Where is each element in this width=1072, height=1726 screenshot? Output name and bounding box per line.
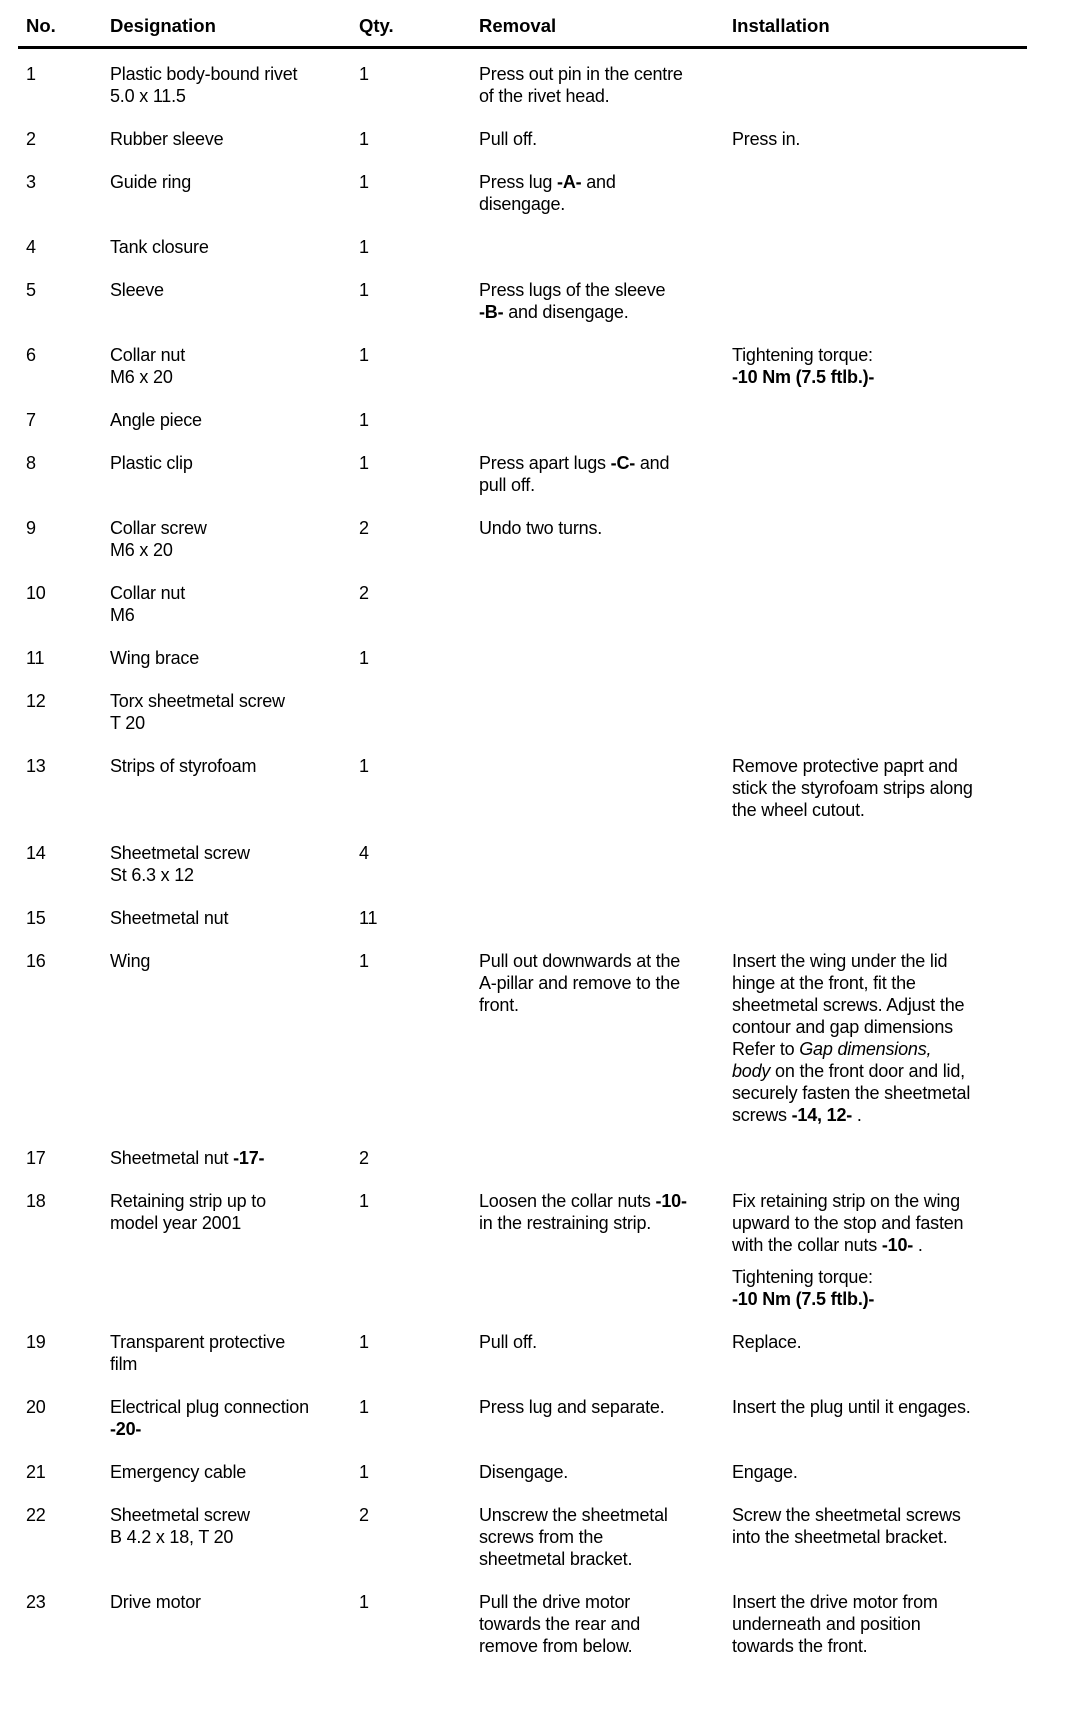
paragraph: Insert the plug until it engages. [732,1396,1027,1418]
text: Pull out downwards at the [479,951,680,971]
cell-installation: Insert the plug until it engages. [732,1396,1027,1418]
text: Guide ring [110,172,191,192]
cell-no: 11 [26,647,96,669]
cell-no: 6 [26,344,96,366]
cell-no: 17 [26,1147,96,1169]
cell-removal: Disengage. [479,1461,729,1483]
cell-removal: Loosen the collar nuts -10-in the restra… [479,1190,729,1234]
paragraph: Unscrew the sheetmetalscrews from theshe… [479,1504,729,1570]
bold-text: -A- [557,172,581,192]
cell-designation: Sheetmetal nut [110,907,350,929]
text: Plastic clip [110,453,193,473]
cell-qty: 1 [359,755,459,777]
text: securely fasten the sheetmetal [732,1083,970,1103]
paragraph: Pull off. [479,128,729,150]
text: screws from the [479,1527,603,1547]
text: pull off. [479,475,535,495]
text: M6 [110,605,135,625]
text-line: Torx sheetmetal screw [110,690,350,712]
cell-qty: 1 [359,409,459,431]
text-line: Insert the wing under the lid [732,950,1027,972]
cell-qty: 1 [359,950,459,972]
cell-designation: Electrical plug connection-20- [110,1396,350,1440]
text: Press lug and separate. [479,1397,665,1417]
text-line: screws from the [479,1526,729,1548]
bold-text: -B- [479,302,503,322]
table-row: 19 Transparent protectivefilm 1 Pull off… [18,1331,1027,1396]
cell-qty: 2 [359,1147,459,1169]
text: Press apart lugs [479,453,611,473]
text-line: Retaining strip up to [110,1190,350,1212]
text-line: towards the front. [732,1635,1027,1657]
text-line: Sleeve [110,279,350,301]
bold-text: -10- [656,1191,687,1211]
cell-designation: Plastic clip [110,452,350,474]
cell-installation: Press in. [732,128,1027,150]
cell-designation: Sheetmetal screwSt 6.3 x 12 [110,842,350,886]
text-line: of the rivet head. [479,85,729,107]
paragraph: Press lugs of the sleeve-B- and disengag… [479,279,729,323]
paragraph: Remove protective paprt andstick the sty… [732,755,1027,821]
table-row: 14 Sheetmetal screwSt 6.3 x 12 4 [18,842,1027,907]
text: disengage. [479,194,565,214]
paragraph: Pull out downwards at theA-pillar and re… [479,950,729,1016]
cell-qty: 2 [359,1504,459,1526]
paragraph: Loosen the collar nuts -10-in the restra… [479,1190,729,1234]
text-line: Collar nut [110,344,350,366]
cell-no: 15 [26,907,96,929]
cell-designation: Sheetmetal nut -17- [110,1147,350,1169]
table-row: 17 Sheetmetal nut -17- 2 [18,1147,1027,1190]
table-row: 2 Rubber sleeve 1 Pull off. Press in. [18,128,1027,171]
table-row: 13 Strips of styrofoam 1 Remove protecti… [18,755,1027,842]
text-line: Plastic body-bound rivet [110,63,350,85]
text-line: with the collar nuts -10- . [732,1234,1027,1256]
cell-installation: Insert the wing under the lidhinge at th… [732,950,1027,1126]
text: Disengage. [479,1462,568,1482]
cell-no: 21 [26,1461,96,1483]
header-installation: Installation [732,15,830,37]
text-line: Press out pin in the centre [479,63,729,85]
text: Sheetmetal screw [110,1505,250,1525]
text-line: stick the styrofoam strips along [732,777,1027,799]
paragraph: Insert the wing under the lidhinge at th… [732,950,1027,1126]
cell-designation: Collar screwM6 x 20 [110,517,350,561]
text-line: St 6.3 x 12 [110,864,350,886]
text-line: -10 Nm (7.5 ftlb.)- [732,1288,1027,1310]
cell-no: 4 [26,236,96,258]
text: Undo two turns. [479,518,602,538]
text: stick the styrofoam strips along [732,778,973,798]
table-row: 16 Wing 1 Pull out downwards at theA-pil… [18,950,1027,1147]
text: and [581,172,615,192]
text: underneath and position [732,1614,921,1634]
header-designation: Designation [110,15,216,37]
text-line: sheetmetal bracket. [479,1548,729,1570]
cell-qty: 1 [359,1190,459,1212]
text: Unscrew the sheetmetal [479,1505,668,1525]
text: film [110,1354,137,1374]
text-line: Insert the drive motor from [732,1591,1027,1613]
text: Fix retaining strip on the wing [732,1191,960,1211]
cell-no: 9 [26,517,96,539]
cell-qty: 2 [359,582,459,604]
text-line: Sheetmetal screw [110,842,350,864]
cell-removal: Unscrew the sheetmetalscrews from theshe… [479,1504,729,1570]
text-line: Tank closure [110,236,350,258]
text-line: upward to the stop and fasten [732,1212,1027,1234]
text-line: Sheetmetal screw [110,1504,350,1526]
table-row: 12 Torx sheetmetal screwT 20 [18,690,1027,755]
text: Wing brace [110,648,199,668]
text: Sleeve [110,280,164,300]
paragraph: Fix retaining strip on the wingupward to… [732,1190,1027,1256]
text: Press lugs of the sleeve [479,280,665,300]
bold-text: -10 Nm (7.5 ftlb.)- [732,367,874,387]
paragraph: Disengage. [479,1461,729,1483]
text-line: Disengage. [479,1461,729,1483]
text-line: Insert the plug until it engages. [732,1396,1027,1418]
cell-no: 14 [26,842,96,864]
text-line: model year 2001 [110,1212,350,1234]
text: T 20 [110,713,145,733]
paragraph: Screw the sheetmetal screwsinto the shee… [732,1504,1027,1548]
cell-installation: Replace. [732,1331,1027,1353]
table-row: 15 Sheetmetal nut 11 [18,907,1027,950]
cell-installation: Fix retaining strip on the wingupward to… [732,1190,1027,1310]
cell-qty: 1 [359,452,459,474]
paragraph: Pull the drive motortowards the rear and… [479,1591,729,1657]
text-line: Refer to Gap dimensions, [732,1038,1027,1060]
cell-designation: Wing [110,950,350,972]
text: Angle piece [110,410,202,430]
text-line: the wheel cutout. [732,799,1027,821]
text-line: screws -14, 12- . [732,1104,1027,1126]
cell-removal: Press apart lugs -C- andpull off. [479,452,729,496]
text-line: in the restraining strip. [479,1212,729,1234]
text-line: 5.0 x 11.5 [110,85,350,107]
table-row: 6 Collar nutM6 x 20 1 Tightening torque:… [18,344,1027,409]
text-line: Electrical plug connection [110,1396,350,1418]
text: A-pillar and remove to the [479,973,680,993]
paragraph: Press lug and separate. [479,1396,729,1418]
cell-designation: Collar nutM6 [110,582,350,626]
text-line: Fix retaining strip on the wing [732,1190,1027,1212]
text-line: -20- [110,1418,350,1440]
table-row: 18 Retaining strip up tomodel year 2001 … [18,1190,1027,1331]
table-header: No. Designation Qty. Removal Installatio… [18,0,1027,49]
cell-removal: Pull off. [479,1331,729,1353]
text: Collar nut [110,583,185,603]
text-line: Wing brace [110,647,350,669]
cell-designation: Sleeve [110,279,350,301]
cell-designation: Sheetmetal screwB 4.2 x 18, T 20 [110,1504,350,1548]
text-line: body on the front door and lid, [732,1060,1027,1082]
cell-installation: Screw the sheetmetal screwsinto the shee… [732,1504,1027,1548]
text-line: Press lug -A- and [479,171,729,193]
text: B 4.2 x 18, T 20 [110,1527,233,1547]
text: Insert the drive motor from [732,1592,938,1612]
text-line: Emergency cable [110,1461,350,1483]
text-line: front. [479,994,729,1016]
text: Collar screw [110,518,207,538]
text-line: remove from below. [479,1635,729,1657]
text: Sheetmetal screw [110,843,250,863]
text: model year 2001 [110,1213,241,1233]
text: Press in. [732,129,800,149]
text-line: into the sheetmetal bracket. [732,1526,1027,1548]
table-row: 3 Guide ring 1 Press lug -A- anddisengag… [18,171,1027,236]
cell-no: 18 [26,1190,96,1212]
text-line: pull off. [479,474,729,496]
text-line: Plastic clip [110,452,350,474]
cell-removal: Press out pin in the centreof the rivet … [479,63,729,107]
cell-no: 12 [26,690,96,712]
text: Emergency cable [110,1462,246,1482]
text: M6 x 20 [110,367,173,387]
cell-no: 2 [26,128,96,150]
cell-qty: 1 [359,344,459,366]
paragraph: Press out pin in the centreof the rivet … [479,63,729,107]
cell-no: 7 [26,409,96,431]
table-row: 20 Electrical plug connection-20- 1 Pres… [18,1396,1027,1461]
italic-text: Gap dimensions, [799,1039,931,1059]
table-row: 4 Tank closure 1 [18,236,1027,279]
paragraph: Tightening torque:-10 Nm (7.5 ftlb.)- [732,344,1027,388]
text: Plastic body-bound rivet [110,64,297,84]
paragraph: Press apart lugs -C- andpull off. [479,452,729,496]
cell-installation: Remove protective paprt andstick the sty… [732,755,1027,821]
text-line: Remove protective paprt and [732,755,1027,777]
cell-designation: Transparent protectivefilm [110,1331,350,1375]
bold-text: -10 Nm (7.5 ftlb.)- [732,1289,874,1309]
text-line: hinge at the front, fit the [732,972,1027,994]
cell-designation: Retaining strip up tomodel year 2001 [110,1190,350,1234]
text: Press out pin in the centre [479,64,683,84]
text: Insert the plug until it engages. [732,1397,971,1417]
cell-designation: Guide ring [110,171,350,193]
text: Transparent protective [110,1332,285,1352]
cell-removal: Pull out downwards at theA-pillar and re… [479,950,729,1016]
cell-removal: Pull off. [479,128,729,150]
text-line: Transparent protective [110,1331,350,1353]
text: Pull off. [479,1332,537,1352]
text-line: Press lugs of the sleeve [479,279,729,301]
text-line: Pull the drive motor [479,1591,729,1613]
text-line: M6 [110,604,350,626]
text-line: M6 x 20 [110,366,350,388]
text-line: disengage. [479,193,729,215]
cell-no: 1 [26,63,96,85]
text-line: securely fasten the sheetmetal [732,1082,1027,1104]
paragraph: Tightening torque:-10 Nm (7.5 ftlb.)- [732,1266,1027,1310]
text-line: Press lug and separate. [479,1396,729,1418]
cell-no: 8 [26,452,96,474]
cell-no: 5 [26,279,96,301]
text-line: T 20 [110,712,350,734]
text: Refer to [732,1039,799,1059]
bold-text: -10- [882,1235,913,1255]
cell-no: 13 [26,755,96,777]
text-line: Press apart lugs -C- and [479,452,729,474]
paragraph: Replace. [732,1331,1027,1353]
cell-designation: Strips of styrofoam [110,755,350,777]
cell-qty: 1 [359,171,459,193]
cell-qty: 1 [359,128,459,150]
table-row: 9 Collar screwM6 x 20 2 Undo two turns. [18,517,1027,582]
text-line: contour and gap dimensions [732,1016,1027,1038]
paragraph: Press in. [732,128,1027,150]
table-row: 10 Collar nutM6 2 [18,582,1027,647]
cell-no: 22 [26,1504,96,1526]
text-line: Collar nut [110,582,350,604]
text-line: Pull off. [479,128,729,150]
text-line: Collar screw [110,517,350,539]
header-no: No. [26,15,56,37]
text-line: Strips of styrofoam [110,755,350,777]
text-line: Screw the sheetmetal screws [732,1504,1027,1526]
text-line: -B- and disengage. [479,301,729,323]
cell-designation: Plastic body-bound rivet5.0 x 11.5 [110,63,350,107]
cell-qty: 2 [359,517,459,539]
text: Drive motor [110,1592,201,1612]
bold-text: -17- [233,1148,264,1168]
text-line: Unscrew the sheetmetal [479,1504,729,1526]
text-line: Pull off. [479,1331,729,1353]
text-line: Loosen the collar nuts -10- [479,1190,729,1212]
cell-designation: Tank closure [110,236,350,258]
table-row: 7 Angle piece 1 [18,409,1027,452]
cell-removal: Press lug and separate. [479,1396,729,1418]
cell-qty: 1 [359,279,459,301]
cell-qty: 1 [359,63,459,85]
text-line: Drive motor [110,1591,350,1613]
cell-qty: 1 [359,1461,459,1483]
text: Torx sheetmetal screw [110,691,285,711]
text: Rubber sleeve [110,129,223,149]
text: towards the front. [732,1636,867,1656]
cell-designation: Angle piece [110,409,350,431]
text: on the front door and lid, [770,1061,965,1081]
cell-qty: 1 [359,1331,459,1353]
text: Sheetmetal nut [110,1148,233,1168]
text-line: Rubber sleeve [110,128,350,150]
cell-qty: 1 [359,236,459,258]
text-line: M6 x 20 [110,539,350,561]
text-line: towards the rear and [479,1613,729,1635]
cell-installation: Insert the drive motor fromunderneath an… [732,1591,1027,1657]
table-row: 23 Drive motor 1 Pull the drive motortow… [18,1591,1027,1678]
text: Strips of styrofoam [110,756,256,776]
cell-no: 16 [26,950,96,972]
text: into the sheetmetal bracket. [732,1527,948,1547]
text: Retaining strip up to [110,1191,266,1211]
header-removal: Removal [479,15,556,37]
text: Wing [110,951,150,971]
cell-no: 19 [26,1331,96,1353]
text: remove from below. [479,1636,632,1656]
paragraph: Undo two turns. [479,517,729,539]
header-qty: Qty. [359,15,394,37]
text: Remove protective paprt and [732,756,958,776]
cell-qty: 4 [359,842,459,864]
text-line: Guide ring [110,171,350,193]
cell-qty: 11 [359,907,459,929]
text: the wheel cutout. [732,800,865,820]
text-line: Tightening torque: [732,1266,1027,1288]
text: towards the rear and [479,1614,640,1634]
text: with the collar nuts [732,1235,882,1255]
cell-no: 23 [26,1591,96,1613]
cell-qty: 1 [359,1396,459,1418]
cell-removal: Press lug -A- anddisengage. [479,171,729,215]
table-row: 11 Wing brace 1 [18,647,1027,690]
paragraph: Pull off. [479,1331,729,1353]
table-row: 1 Plastic body-bound rivet5.0 x 11.5 1 P… [18,63,1027,128]
cell-designation: Torx sheetmetal screwT 20 [110,690,350,734]
text-line: Tightening torque: [732,344,1027,366]
text: Screw the sheetmetal screws [732,1505,961,1525]
text: St 6.3 x 12 [110,865,194,885]
text: Electrical plug connection [110,1397,309,1417]
text: Pull off. [479,129,537,149]
text-line: sheetmetal screws. Adjust the [732,994,1027,1016]
cell-designation: Collar nutM6 x 20 [110,344,350,388]
parts-table: No. Designation Qty. Removal Installatio… [18,0,1027,1678]
cell-removal: Undo two turns. [479,517,729,539]
text: upward to the stop and fasten [732,1213,963,1233]
cell-no: 3 [26,171,96,193]
text: Collar nut [110,345,185,365]
text: hinge at the front, fit the [732,973,916,993]
text: . [913,1235,923,1255]
cell-qty: 1 [359,647,459,669]
paragraph: Insert the drive motor fromunderneath an… [732,1591,1027,1657]
table-row: 5 Sleeve 1 Press lugs of the sleeve-B- a… [18,279,1027,344]
bold-text: -20- [110,1419,141,1439]
text: of the rivet head. [479,86,610,106]
cell-qty: 1 [359,1591,459,1613]
bold-text: -14, 12- [792,1105,852,1125]
text: Replace. [732,1332,801,1352]
cell-installation: Engage. [732,1461,1027,1483]
table-row: 22 Sheetmetal screwB 4.2 x 18, T 20 2 Un… [18,1504,1027,1591]
paragraph: Press lug -A- anddisengage. [479,171,729,215]
text-line: Angle piece [110,409,350,431]
text: Tank closure [110,237,209,257]
text: Press lug [479,172,557,192]
text-line: Sheetmetal nut [110,907,350,929]
text: Insert the wing under the lid [732,951,947,971]
text: Sheetmetal nut [110,908,228,928]
text: in the restraining strip. [479,1213,651,1233]
text: 5.0 x 11.5 [110,86,186,106]
text-line: Engage. [732,1461,1027,1483]
text-line: Sheetmetal nut -17- [110,1147,350,1169]
text: sheetmetal screws. Adjust the [732,995,964,1015]
text: contour and gap dimensions [732,1017,953,1037]
cell-removal: Press lugs of the sleeve-B- and disengag… [479,279,729,323]
text-line: -10 Nm (7.5 ftlb.)- [732,366,1027,388]
text: Tightening torque: [732,345,873,365]
text-line: Wing [110,950,350,972]
text: screws [732,1105,792,1125]
bold-text: -C- [611,453,635,473]
text: Loosen the collar nuts [479,1191,656,1211]
cell-designation: Wing brace [110,647,350,669]
text-line: Undo two turns. [479,517,729,539]
cell-designation: Drive motor [110,1591,350,1613]
